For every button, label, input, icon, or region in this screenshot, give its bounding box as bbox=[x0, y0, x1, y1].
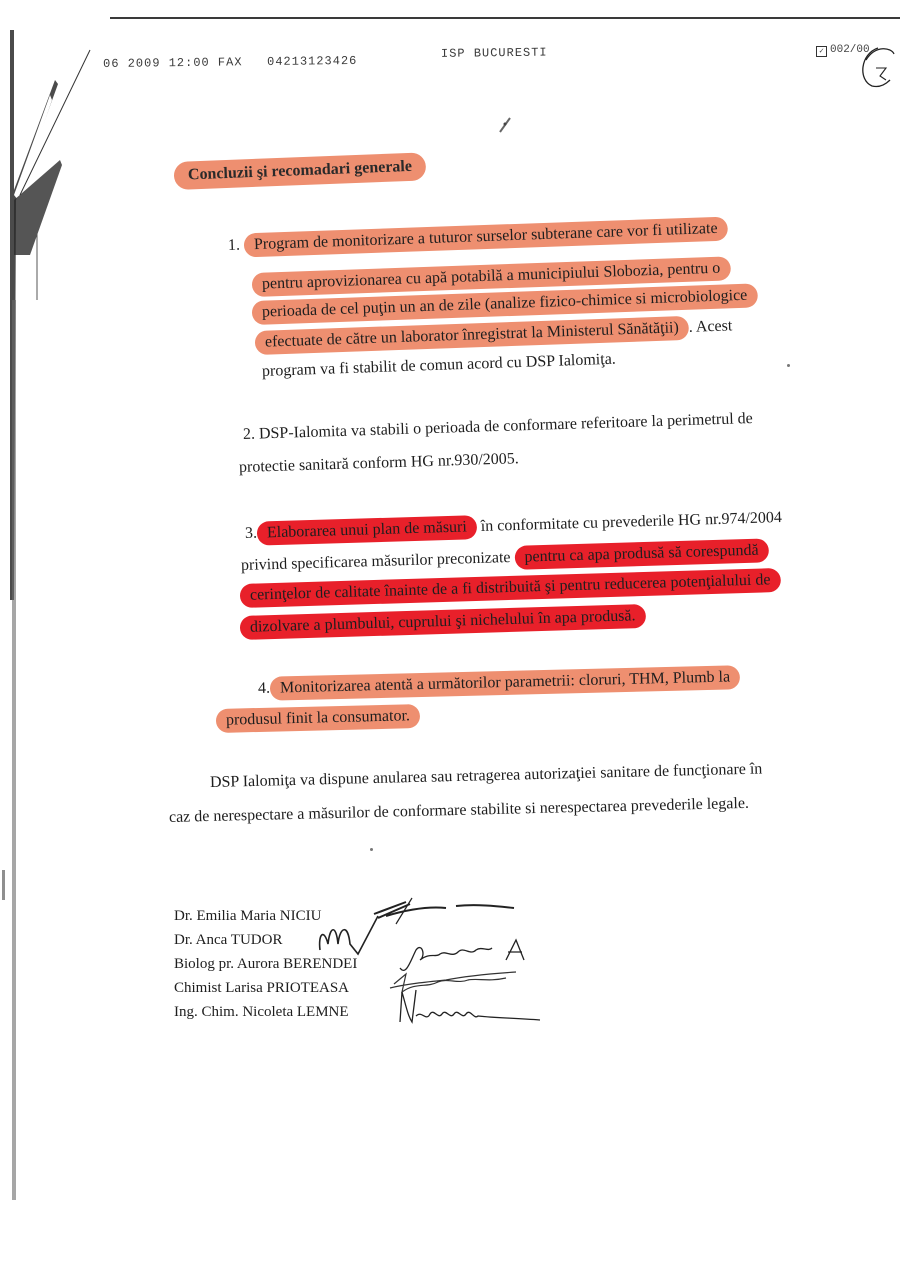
scan-top-border bbox=[110, 17, 900, 19]
item-3-line-3: cerinţelor de calitate înainte de a fi d… bbox=[240, 570, 781, 606]
signatory: Ing. Chim. Nicoleta LEMNE bbox=[174, 1000, 357, 1024]
item-2-line-1: 2.DSP-Ialomita va stabili o perioada de … bbox=[243, 409, 753, 445]
section-title: Concluzii şi recomadari generale bbox=[174, 157, 427, 185]
item-3-line-4: dizolvare a plumbului, cuprului şi niche… bbox=[240, 606, 646, 638]
fax-number: 04213123426 bbox=[267, 54, 357, 69]
item-3-line-1: 3.Elaborarea unui plan de măsuri în conf… bbox=[245, 508, 783, 544]
closing-line-1: DSP Ialomiţa va dispune anularea sau ret… bbox=[210, 760, 763, 793]
fax-header: 06 2009 12:00 FAX 04213123426 ISP BUCURE… bbox=[103, 54, 357, 71]
scan-smudge bbox=[490, 112, 520, 142]
item-4-line-2: produsul finit la consumator. bbox=[216, 706, 420, 731]
checkbox-icon: ✓ bbox=[816, 46, 827, 57]
scan-dot bbox=[787, 364, 790, 367]
handwritten-page-mark bbox=[850, 40, 900, 100]
item-1-line-5: program va fi stabilit de comun acord cu… bbox=[262, 350, 616, 382]
closing-line-2: caz de nerespectare a măsurilor de confo… bbox=[169, 794, 749, 828]
item-2-line-2: protectie sanitară conform HG nr.930/200… bbox=[239, 449, 519, 478]
item-1-line-1: 1.Program de monitorizare a tuturor surs… bbox=[228, 219, 728, 256]
scan-edge-artifact bbox=[0, 0, 110, 1288]
signatory: Dr. Anca TUDOR bbox=[174, 928, 357, 952]
item-number: 1. bbox=[228, 237, 241, 254]
fax-organization: ISP BUCURESTI bbox=[441, 46, 548, 61]
signatory: Biolog pr. Aurora BERENDEI bbox=[174, 952, 357, 976]
fax-datetime: 06 2009 12:00 FAX bbox=[103, 55, 243, 71]
signatories: Dr. Emilia Maria NICIU Dr. Anca TUDOR Bi… bbox=[174, 904, 357, 1024]
signatory: Chimist Larisa PRIOTEASA bbox=[174, 976, 357, 1000]
signature-lemne bbox=[396, 986, 546, 1031]
item-4-line-1: 4.Monitorizarea atentă a următorilor par… bbox=[258, 667, 741, 699]
scan-dot bbox=[370, 848, 373, 851]
